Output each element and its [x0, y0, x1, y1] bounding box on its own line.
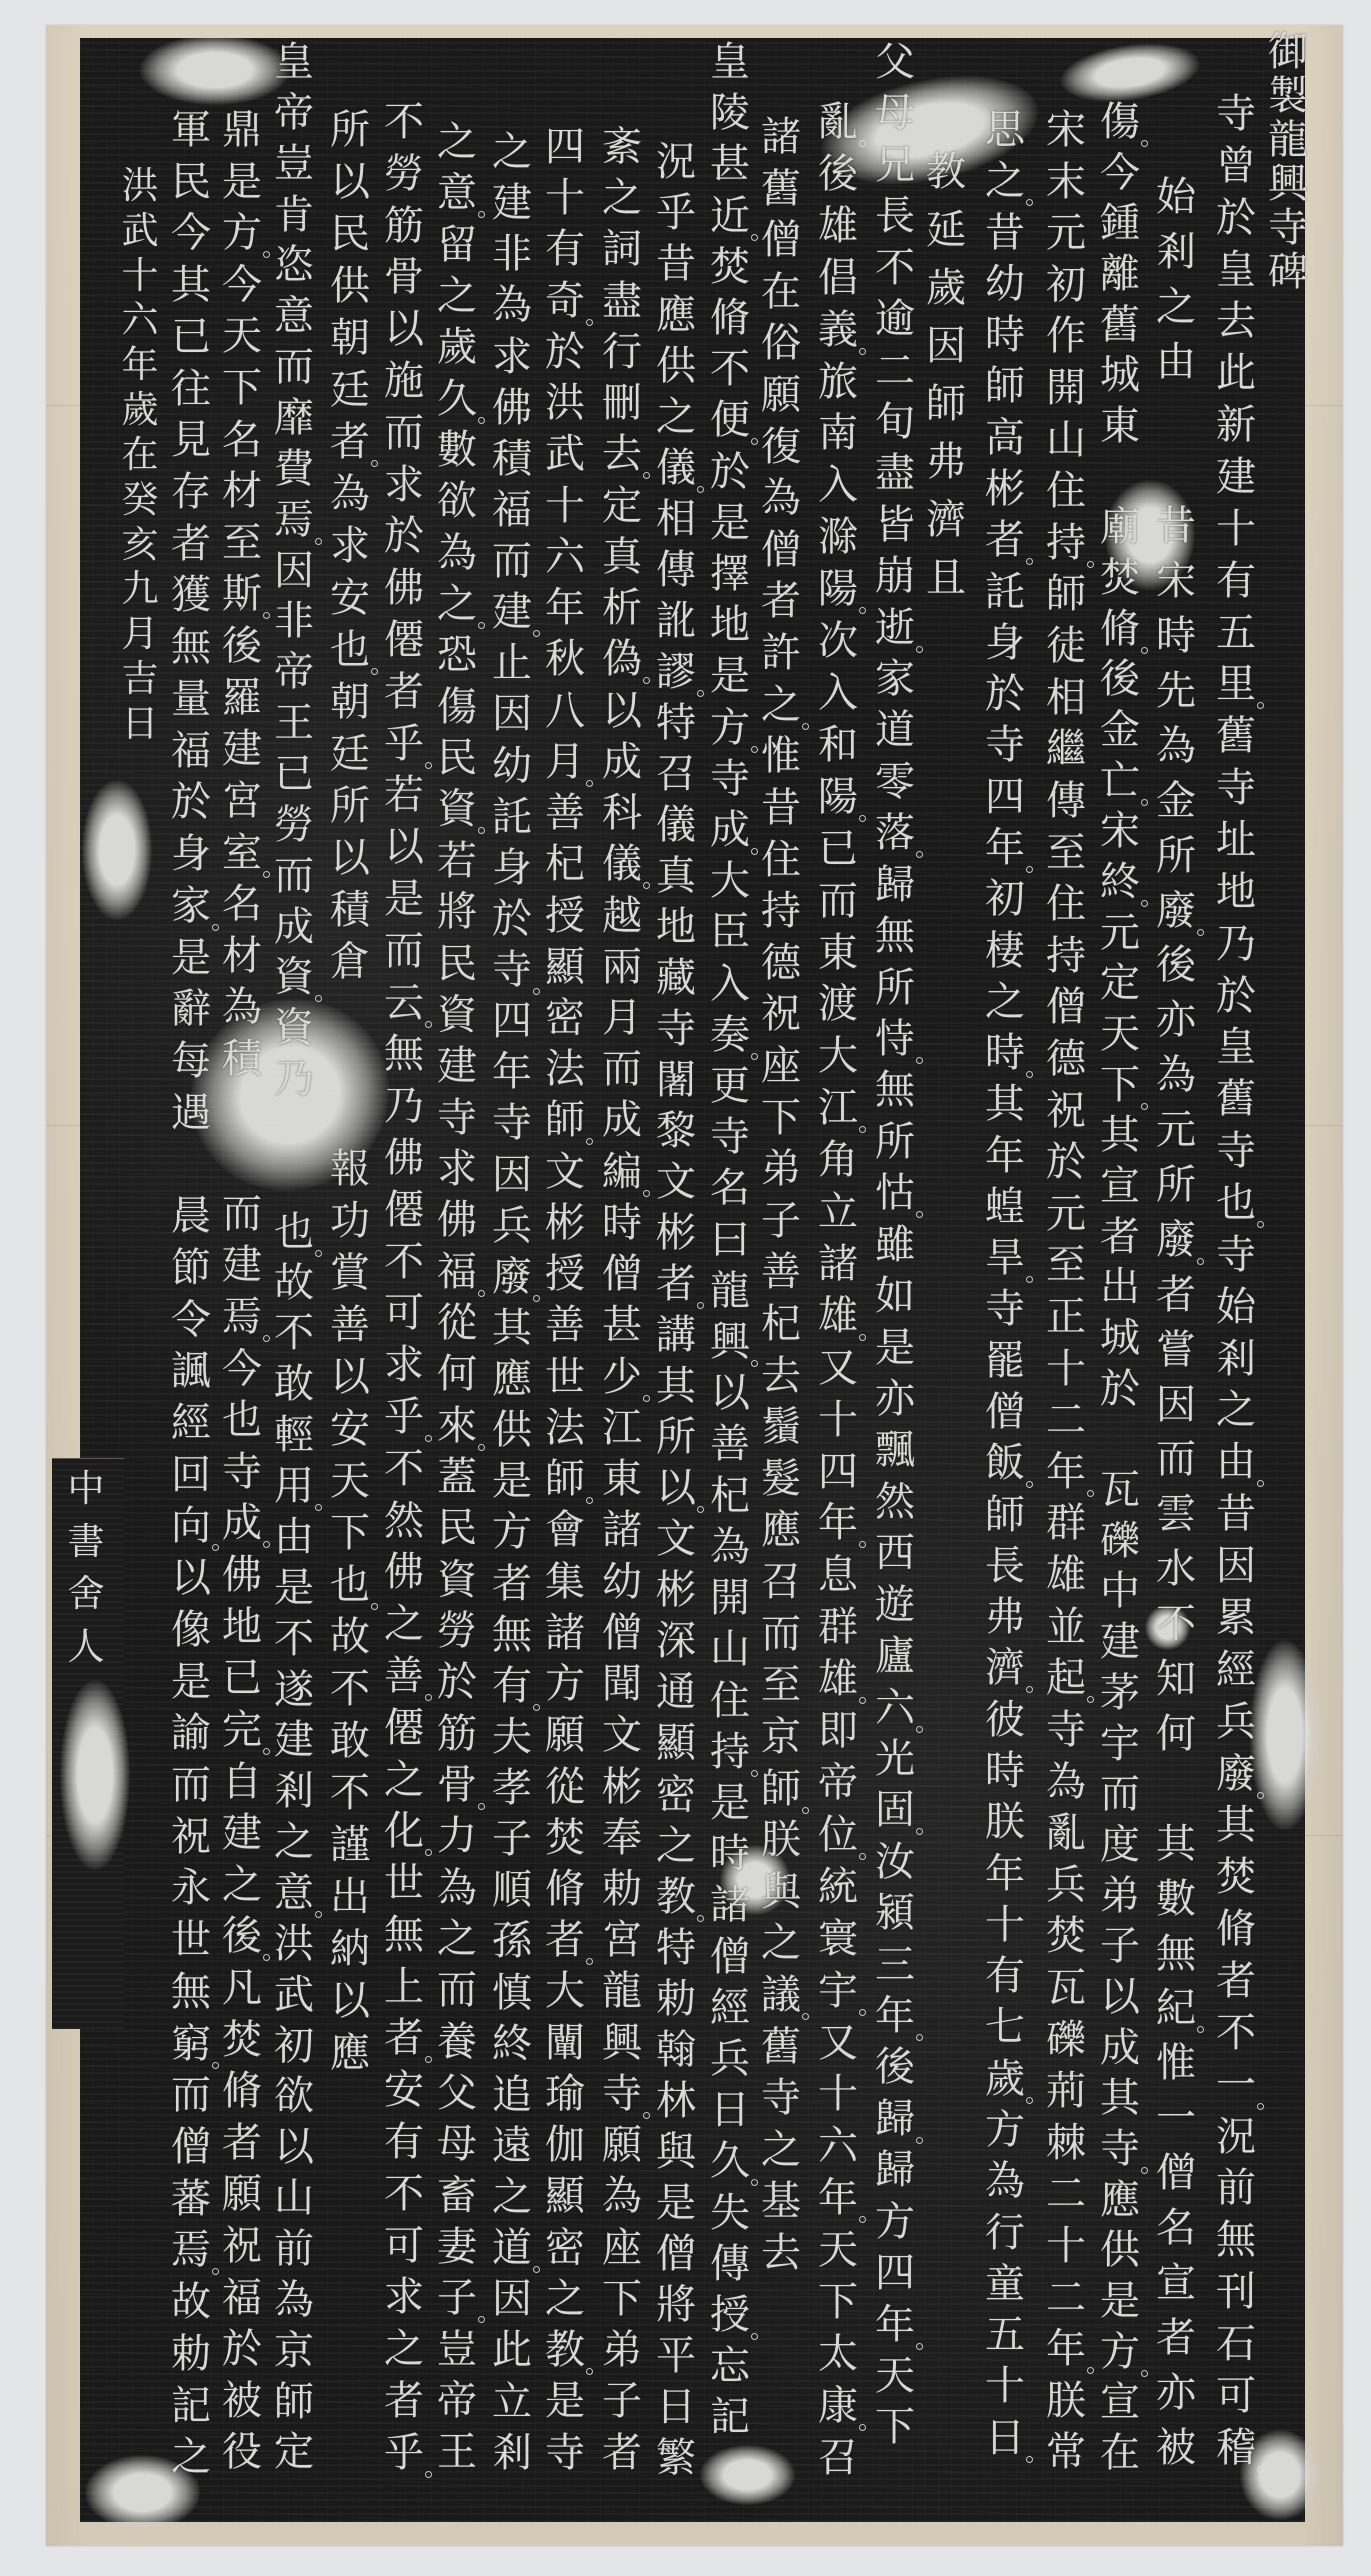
inscription-character: 見 [167, 418, 215, 462]
inscription-character: 立 [488, 2380, 536, 2424]
inscription-character: 善 [757, 1250, 805, 1294]
punctuation-circle [212, 924, 219, 931]
inscription-character: 刪 [598, 381, 646, 425]
inscription-character: 時 [1152, 614, 1200, 658]
inscription-character: 累 [1212, 1596, 1260, 1640]
inscription-character: 僧 [167, 2125, 215, 2169]
inscription-character: 大 [706, 859, 754, 903]
inscription-character: 者 [326, 420, 374, 464]
inscription-character: 而 [270, 345, 318, 389]
inscription-character: 僧 [981, 1390, 1029, 1434]
inscription-character: 諸 [814, 1242, 862, 1286]
inscription-character: 師 [981, 1493, 1029, 1537]
inscription-character: 恐 [433, 633, 481, 677]
inscription-character: 今 [167, 211, 215, 255]
inscription-character: 宋 [1096, 809, 1144, 853]
inscription-character: 洪 [270, 1922, 318, 1966]
inscription-character: 欲 [433, 479, 481, 523]
inscription-character: 其 [652, 1364, 700, 1408]
inscription-character: 時 [598, 1201, 646, 1245]
inscription-character: 廢 [1212, 1752, 1260, 1796]
inscription-character: 僊 [380, 1188, 428, 1232]
inscription-character: 勅 [652, 1977, 700, 2021]
inscription-character: 以 [326, 836, 374, 880]
inscription-character: 於 [1096, 1367, 1144, 1411]
inscription-character: 是 [218, 160, 266, 204]
inscription-character: 並 [1042, 1605, 1090, 1649]
punctuation-circle [859, 348, 866, 355]
inscription-character: 子 [433, 2276, 481, 2320]
inscription-character: 之 [433, 1917, 481, 1961]
inscription-character: 陵 [706, 91, 754, 135]
inscription-character: 永 [167, 1866, 215, 1910]
inscription-character: 德 [757, 941, 805, 985]
inscription-character: 蝗 [981, 1185, 1029, 1229]
inscription-character: 四 [488, 999, 536, 1043]
inscription-character: 至 [757, 1663, 805, 1707]
inscription-character: 剎 [270, 1769, 318, 1813]
inscription-character: 所 [326, 108, 374, 152]
inscription-character: 亦 [871, 1377, 919, 1421]
inscription-character: 始 [1212, 1285, 1260, 1329]
inscription-column: 思之昔幼時師高彬者託身於寺四年初棲之時其年蝗旱寺罷僧飯師長弗濟彼時朕年十有七歲方… [981, 108, 1029, 2460]
inscription-character: 者 [167, 522, 215, 566]
inscription-character: 僊 [380, 1706, 428, 1750]
punctuation-circle [1141, 2167, 1148, 2174]
inscription-character: 無 [380, 1032, 428, 1076]
punctuation-circle [697, 486, 704, 493]
inscription-character: 授 [541, 1252, 589, 1296]
inscription-character: 石 [1212, 2322, 1260, 2366]
inscription-character: 住 [1042, 469, 1090, 513]
inscription-character: 將 [433, 890, 481, 934]
inscription-character: 宋 [1152, 559, 1200, 603]
inscription-character: 皇 [270, 40, 318, 84]
inscription-character: 晨 [167, 1194, 215, 1238]
inscription-character: 基 [757, 2179, 805, 2223]
inscription-character: 資 [270, 955, 318, 999]
inscription-character: 擇 [706, 552, 754, 596]
inscription-character: 師 [1042, 572, 1090, 616]
punctuation-circle [478, 1290, 485, 1297]
inscription-character: 者 [488, 1562, 536, 1606]
inscription-character: 焚 [1212, 1855, 1260, 1899]
inscription-character: 金 [1152, 779, 1200, 823]
inscription-character: 施 [380, 359, 428, 403]
inscription-character: 教 [652, 1875, 700, 1919]
inscription-character: 佛 [380, 1550, 428, 1594]
inscription-character: 六 [116, 299, 164, 341]
inscription-column-raised: 皇帝豈肯恣意而靡費焉因非帝王已勞而成資資乃也故不敢輕用由是不遂建剎之意洪武初欲以… [270, 40, 318, 2475]
inscription-character: 兵 [1042, 1863, 1090, 1907]
inscription-character: 十 [1042, 2224, 1090, 2268]
inscription-character: 也 [218, 1398, 266, 1442]
inscription-character: 今 [218, 1347, 266, 1391]
inscription-character: 德 [1042, 1037, 1090, 1081]
inscription-character: 存 [167, 470, 215, 514]
inscription-character: 地 [706, 603, 754, 647]
inscription-character: 秋 [541, 637, 589, 681]
inscription-character: 嘗 [1152, 1328, 1200, 1372]
inscription-character: 朕 [1042, 2379, 1090, 2423]
inscription-character: 勞 [433, 1609, 481, 1653]
inscription-character: 群 [814, 1605, 862, 1649]
inscription-character: 名 [218, 418, 266, 462]
inscription-character: 此 [488, 2328, 536, 2372]
inscription-character: 化 [380, 1809, 428, 1853]
inscription-character: 即 [814, 1709, 862, 1753]
inscription-character: 十 [116, 255, 164, 297]
inscription-character: 寺 [541, 2431, 589, 2475]
inscription-character: 亦 [1152, 2371, 1200, 2415]
inscription-character: 寺 [1264, 206, 1312, 250]
inscription-character: 是 [652, 2181, 700, 2225]
inscription-character: 法 [541, 1047, 589, 1091]
inscription-character: 時 [981, 1749, 1029, 1793]
inscription-character: 佛 [488, 386, 536, 430]
inscription-character: 已 [270, 752, 318, 796]
inscription-character: 知 [1152, 1657, 1200, 1701]
inscription-character: 材 [218, 469, 266, 513]
inscription-character: 寺 [981, 723, 1029, 767]
inscription-character: 御 [1264, 30, 1312, 74]
punctuation-circle [697, 1915, 704, 1922]
inscription-character: 入 [814, 671, 862, 715]
inscription-character: 後 [218, 624, 266, 668]
inscription-character: 王 [433, 2430, 481, 2474]
inscription-character: 思 [981, 108, 1029, 152]
inscription-character: 無 [488, 1613, 536, 1657]
punctuation-circle [859, 2424, 866, 2431]
inscription-character: 世 [380, 1861, 428, 1905]
inscription-character: 後 [1096, 657, 1144, 701]
inscription-character: 宣 [1096, 1164, 1144, 1208]
punctuation-circle [802, 723, 809, 730]
inscription-column: 傷今鍾離舊城東廟焚脩後金亡宋終元定天下其宣者出城於瓦礫中建茅宇而度弟子以成其寺應… [1096, 100, 1144, 2475]
inscription-character: 便 [706, 398, 754, 442]
inscription-character: 以 [326, 160, 374, 204]
inscription-character: 又 [814, 2021, 862, 2065]
inscription-character: 日 [652, 2385, 700, 2429]
inscription-character: 時 [706, 1832, 754, 1876]
inscription-character: 於 [981, 672, 1029, 716]
inscription-character: 所 [871, 966, 919, 1010]
inscription-character: 因 [1212, 1544, 1260, 1588]
punctuation-circle [425, 2056, 432, 2063]
inscription-character: 民 [433, 1506, 481, 1550]
inscription-character: 濟 [981, 1646, 1029, 1690]
inscription-character: 入 [706, 962, 754, 1006]
punctuation-circle [586, 1958, 593, 1965]
inscription-character: 賞 [326, 1251, 374, 1295]
inscription-character: 二 [1042, 2172, 1090, 2216]
inscription-character: 由 [270, 1515, 318, 1559]
inscription-character: 回 [167, 1453, 215, 1497]
punctuation-circle [263, 1335, 270, 1342]
inscription-character: 授 [706, 2293, 754, 2337]
punctuation-circle [1197, 1258, 1204, 1265]
inscription-character: 寺 [1212, 1129, 1260, 1173]
inscription-character: 為 [1042, 1760, 1090, 1804]
inscription-character: 鬚 [757, 1405, 805, 1449]
inscription-character: 身 [488, 846, 536, 890]
inscription-character: 武 [116, 210, 164, 252]
inscription-character: 父 [871, 40, 919, 84]
inscription-character: 況 [652, 140, 700, 184]
inscription-character: 朝 [326, 680, 374, 724]
punctuation-circle [1141, 140, 1148, 147]
inscription-character: 願 [541, 1713, 589, 1757]
inscription-character: 舊 [757, 2025, 805, 2069]
inscription-character: 城 [1096, 353, 1144, 397]
inscription-character: 也 [326, 1563, 374, 1607]
inscription-character: 幼 [981, 262, 1029, 306]
inscription-character: 記 [706, 2395, 754, 2439]
inscription-character: 臣 [706, 910, 754, 954]
inscription-character: 家 [871, 657, 919, 701]
inscription-character: 科 [598, 791, 646, 835]
inscription-character: 傳 [706, 2242, 754, 2286]
inscription-character: 無 [167, 625, 215, 669]
inscription-character: 往 [167, 367, 215, 411]
inscription-character: 方 [871, 2200, 919, 2244]
inscription-character: 故 [270, 1261, 318, 1305]
inscription-character: 繼 [1042, 727, 1090, 771]
inscription-character: 倉 [326, 940, 374, 984]
inscription-character: 而 [167, 2073, 215, 2117]
inscription-character: 求 [488, 335, 536, 379]
inscription-character: 者 [652, 1262, 700, 1306]
inscription-character: 者 [1152, 1273, 1200, 1317]
inscription-character: 寺 [488, 1101, 536, 1145]
inscription-character: 長 [871, 194, 919, 238]
inscription-character: 講 [652, 1313, 700, 1357]
inscription-character: 祝 [167, 1815, 215, 1859]
inscription-character: 名 [218, 882, 266, 926]
inscription-character: 十 [541, 484, 589, 528]
inscription-character: 僧 [1042, 985, 1090, 1029]
inscription-character: 歲 [433, 325, 481, 369]
inscription-character: 甚 [706, 142, 754, 186]
punctuation-circle [1026, 1686, 1033, 1693]
inscription-character: 師 [270, 2380, 318, 2424]
inscription-character: 之 [488, 2175, 536, 2219]
inscription-character: 盡 [871, 451, 919, 495]
inscription-character: 始 [1152, 175, 1200, 219]
inscription-character: 宣 [1096, 2380, 1144, 2424]
inscription-character: 傷 [433, 685, 481, 729]
inscription-character: 無 [1152, 1932, 1200, 1976]
inscription-character: 者 [1152, 2316, 1200, 2360]
inscription-character: 於 [1042, 1140, 1090, 1184]
inscription-character: 託 [981, 570, 1029, 614]
inscription-character: 後 [814, 152, 862, 196]
punctuation-circle [263, 1748, 270, 1755]
inscription-character: 以 [326, 1979, 374, 2023]
punctuation-circle [263, 251, 270, 258]
inscription-character: 剎 [1152, 230, 1200, 274]
punctuation-circle [697, 1506, 704, 1513]
inscription-character: 時 [981, 313, 1029, 357]
inscription-character: 記 [167, 2384, 215, 2428]
inscription-character: 久 [433, 377, 481, 421]
inscription-character: 之 [167, 2435, 215, 2479]
inscription-character: 有 [488, 1664, 536, 1708]
inscription-character: 五 [981, 2313, 1029, 2357]
inscription-character: 前 [1212, 2166, 1260, 2210]
inscription-character: 召 [814, 2436, 862, 2480]
inscription-character: 不 [380, 1240, 428, 1284]
punctuation-circle [263, 1541, 270, 1548]
inscription-character: 五 [1212, 611, 1260, 655]
inscription-character: 求 [380, 463, 428, 507]
inscription-character: 者 [981, 518, 1029, 562]
inscription-character: 不 [380, 2172, 428, 2216]
inscription-character: 皇 [1212, 1025, 1260, 1069]
inscription-character: 不 [270, 1617, 318, 1661]
inscription-character: 祝 [1042, 1089, 1090, 1133]
inscription-character: 奏 [706, 1013, 754, 1057]
inscription-character: 斯 [218, 572, 266, 616]
inscription-character: 奇 [541, 279, 589, 323]
punctuation-circle [1197, 2026, 1204, 2033]
inscription-character: 之 [488, 130, 536, 174]
inscription-character: 歸 [871, 2097, 919, 2141]
inscription-character: 成 [218, 1501, 266, 1545]
inscription-character: 舊 [1212, 1077, 1260, 1121]
inscription-character: 亡 [1096, 759, 1144, 803]
inscription-character: 其 [167, 263, 215, 307]
inscription-character: 里 [1212, 662, 1260, 706]
inscription-character: 入 [814, 463, 862, 507]
inscription-character: 筋 [380, 204, 428, 248]
inscription-character: 而 [380, 411, 428, 455]
inscription-character: 而 [433, 1968, 481, 2012]
inscription-character: 天 [218, 314, 266, 358]
inscription-character: 脩 [218, 2069, 266, 2113]
inscription-character: 方 [488, 1510, 536, 1554]
inscription-character: 初 [270, 2024, 318, 2068]
inscription-character: 為 [706, 1525, 754, 1569]
inscription-character: 其 [981, 1082, 1029, 1126]
inscription-character: 延 [922, 208, 970, 252]
inscription-character: 逾 [871, 297, 919, 341]
inscription-character: 終 [1096, 860, 1144, 904]
inscription-character: 去 [757, 2231, 805, 2275]
inscription-character: 越 [598, 894, 646, 938]
inscription-character: 故 [326, 1615, 374, 1659]
inscription-character: 飄 [871, 1428, 919, 1472]
punctuation-circle [586, 319, 593, 326]
inscription-character: 從 [433, 1301, 481, 1345]
inscription-character: 相 [652, 497, 700, 541]
inscription-character: 潁 [871, 1891, 919, 1935]
inscription-character: 而 [488, 539, 536, 583]
inscription-character: 終 [488, 2022, 536, 2066]
inscription-character: 太 [814, 2332, 862, 2376]
inscription-character: 人 [62, 1626, 110, 1668]
inscription-character: 渡 [814, 982, 862, 1026]
inscription-character: 址 [1212, 818, 1260, 862]
inscription-character: 量 [167, 677, 215, 721]
inscription-character: 之 [757, 683, 805, 727]
inscription-character: 法 [541, 1406, 589, 1450]
punctuation-circle [478, 1803, 485, 1810]
inscription-character: 山 [1042, 418, 1090, 462]
punctuation-circle [533, 630, 540, 637]
inscription-character: 群 [1042, 1501, 1090, 1545]
inscription-character: 而 [218, 1192, 266, 1236]
inscription-character: 寺 [981, 1287, 1029, 1331]
inscription-character: 供 [1096, 2228, 1144, 2272]
inscription-character: 經 [706, 1986, 754, 2030]
inscription-character: 次 [814, 619, 862, 663]
inscription-character: 顯 [652, 1721, 700, 1765]
inscription-character: 兵 [1212, 1700, 1260, 1744]
punctuation-circle [859, 1541, 866, 1548]
punctuation-circle [586, 1138, 593, 1145]
inscription-character: 杞 [706, 1474, 754, 1518]
inscription-character: 定 [270, 2430, 318, 2474]
inscription-character: 世 [541, 1355, 589, 1399]
inscription-character: 所 [652, 1415, 700, 1459]
inscription-character: 宇 [1096, 1722, 1144, 1766]
inscription-character: 興 [1264, 162, 1312, 206]
inscription-character: 去 [1212, 299, 1260, 343]
inscription-character: 蓋 [433, 1455, 481, 1499]
inscription-character: 建 [218, 1243, 266, 1287]
inscription-character: 建 [218, 727, 266, 771]
inscription-character: 宮 [218, 779, 266, 823]
inscription-character: 佛 [433, 1198, 481, 1242]
inscription-character: 廬 [871, 1634, 919, 1678]
inscription-character: 與 [652, 2130, 700, 2174]
inscription-character: 為 [1152, 724, 1200, 768]
official-title-label: 中書舍人 [62, 1468, 110, 1668]
inscription-character: 於 [1212, 196, 1260, 240]
inscription-character: 是 [488, 1459, 536, 1503]
inscription-character: 供 [652, 344, 700, 388]
inscription-character: 師 [922, 382, 970, 426]
inscription-character: 而 [814, 879, 862, 923]
inscription-character: 之 [757, 1921, 805, 1965]
inscription-character: 民 [167, 160, 215, 204]
inscription-character: 旬 [871, 400, 919, 444]
stele-title: 御製龍興寺碑 [1264, 30, 1312, 282]
inscription-character: 傳 [652, 548, 700, 592]
inscription-character: 後 [871, 2045, 919, 2089]
inscription-character: 惟 [1152, 2041, 1200, 2085]
punctuation-circle [263, 1954, 270, 1961]
inscription-character: 家 [167, 884, 215, 928]
inscription-character: 可 [380, 2224, 428, 2268]
inscription-character: 羅 [218, 676, 266, 720]
punctuation-circle [643, 2112, 650, 2119]
inscription-character: 是 [167, 936, 215, 980]
inscription-column: 四十有奇於洪武十六年秋八月善杞授顯密法師文彬授善世法師會集諸方願從焚脩者大闡瑜伽… [541, 125, 589, 2475]
inscription-character: 龍 [1264, 118, 1312, 162]
inscription-character: 以 [1096, 1975, 1144, 2019]
inscription-character: 安 [380, 2068, 428, 2112]
inscription-character: 寺 [218, 1450, 266, 1494]
inscription-character: 慎 [488, 1971, 536, 2015]
inscription-character: 棘 [1042, 2121, 1090, 2165]
inscription-character: 京 [270, 2329, 318, 2373]
inscription-character: 求 [433, 1147, 481, 1191]
inscription-character: 闡 [541, 2021, 589, 2065]
inscription-character: 皇 [706, 40, 754, 84]
inscription-character: 六 [541, 535, 589, 579]
